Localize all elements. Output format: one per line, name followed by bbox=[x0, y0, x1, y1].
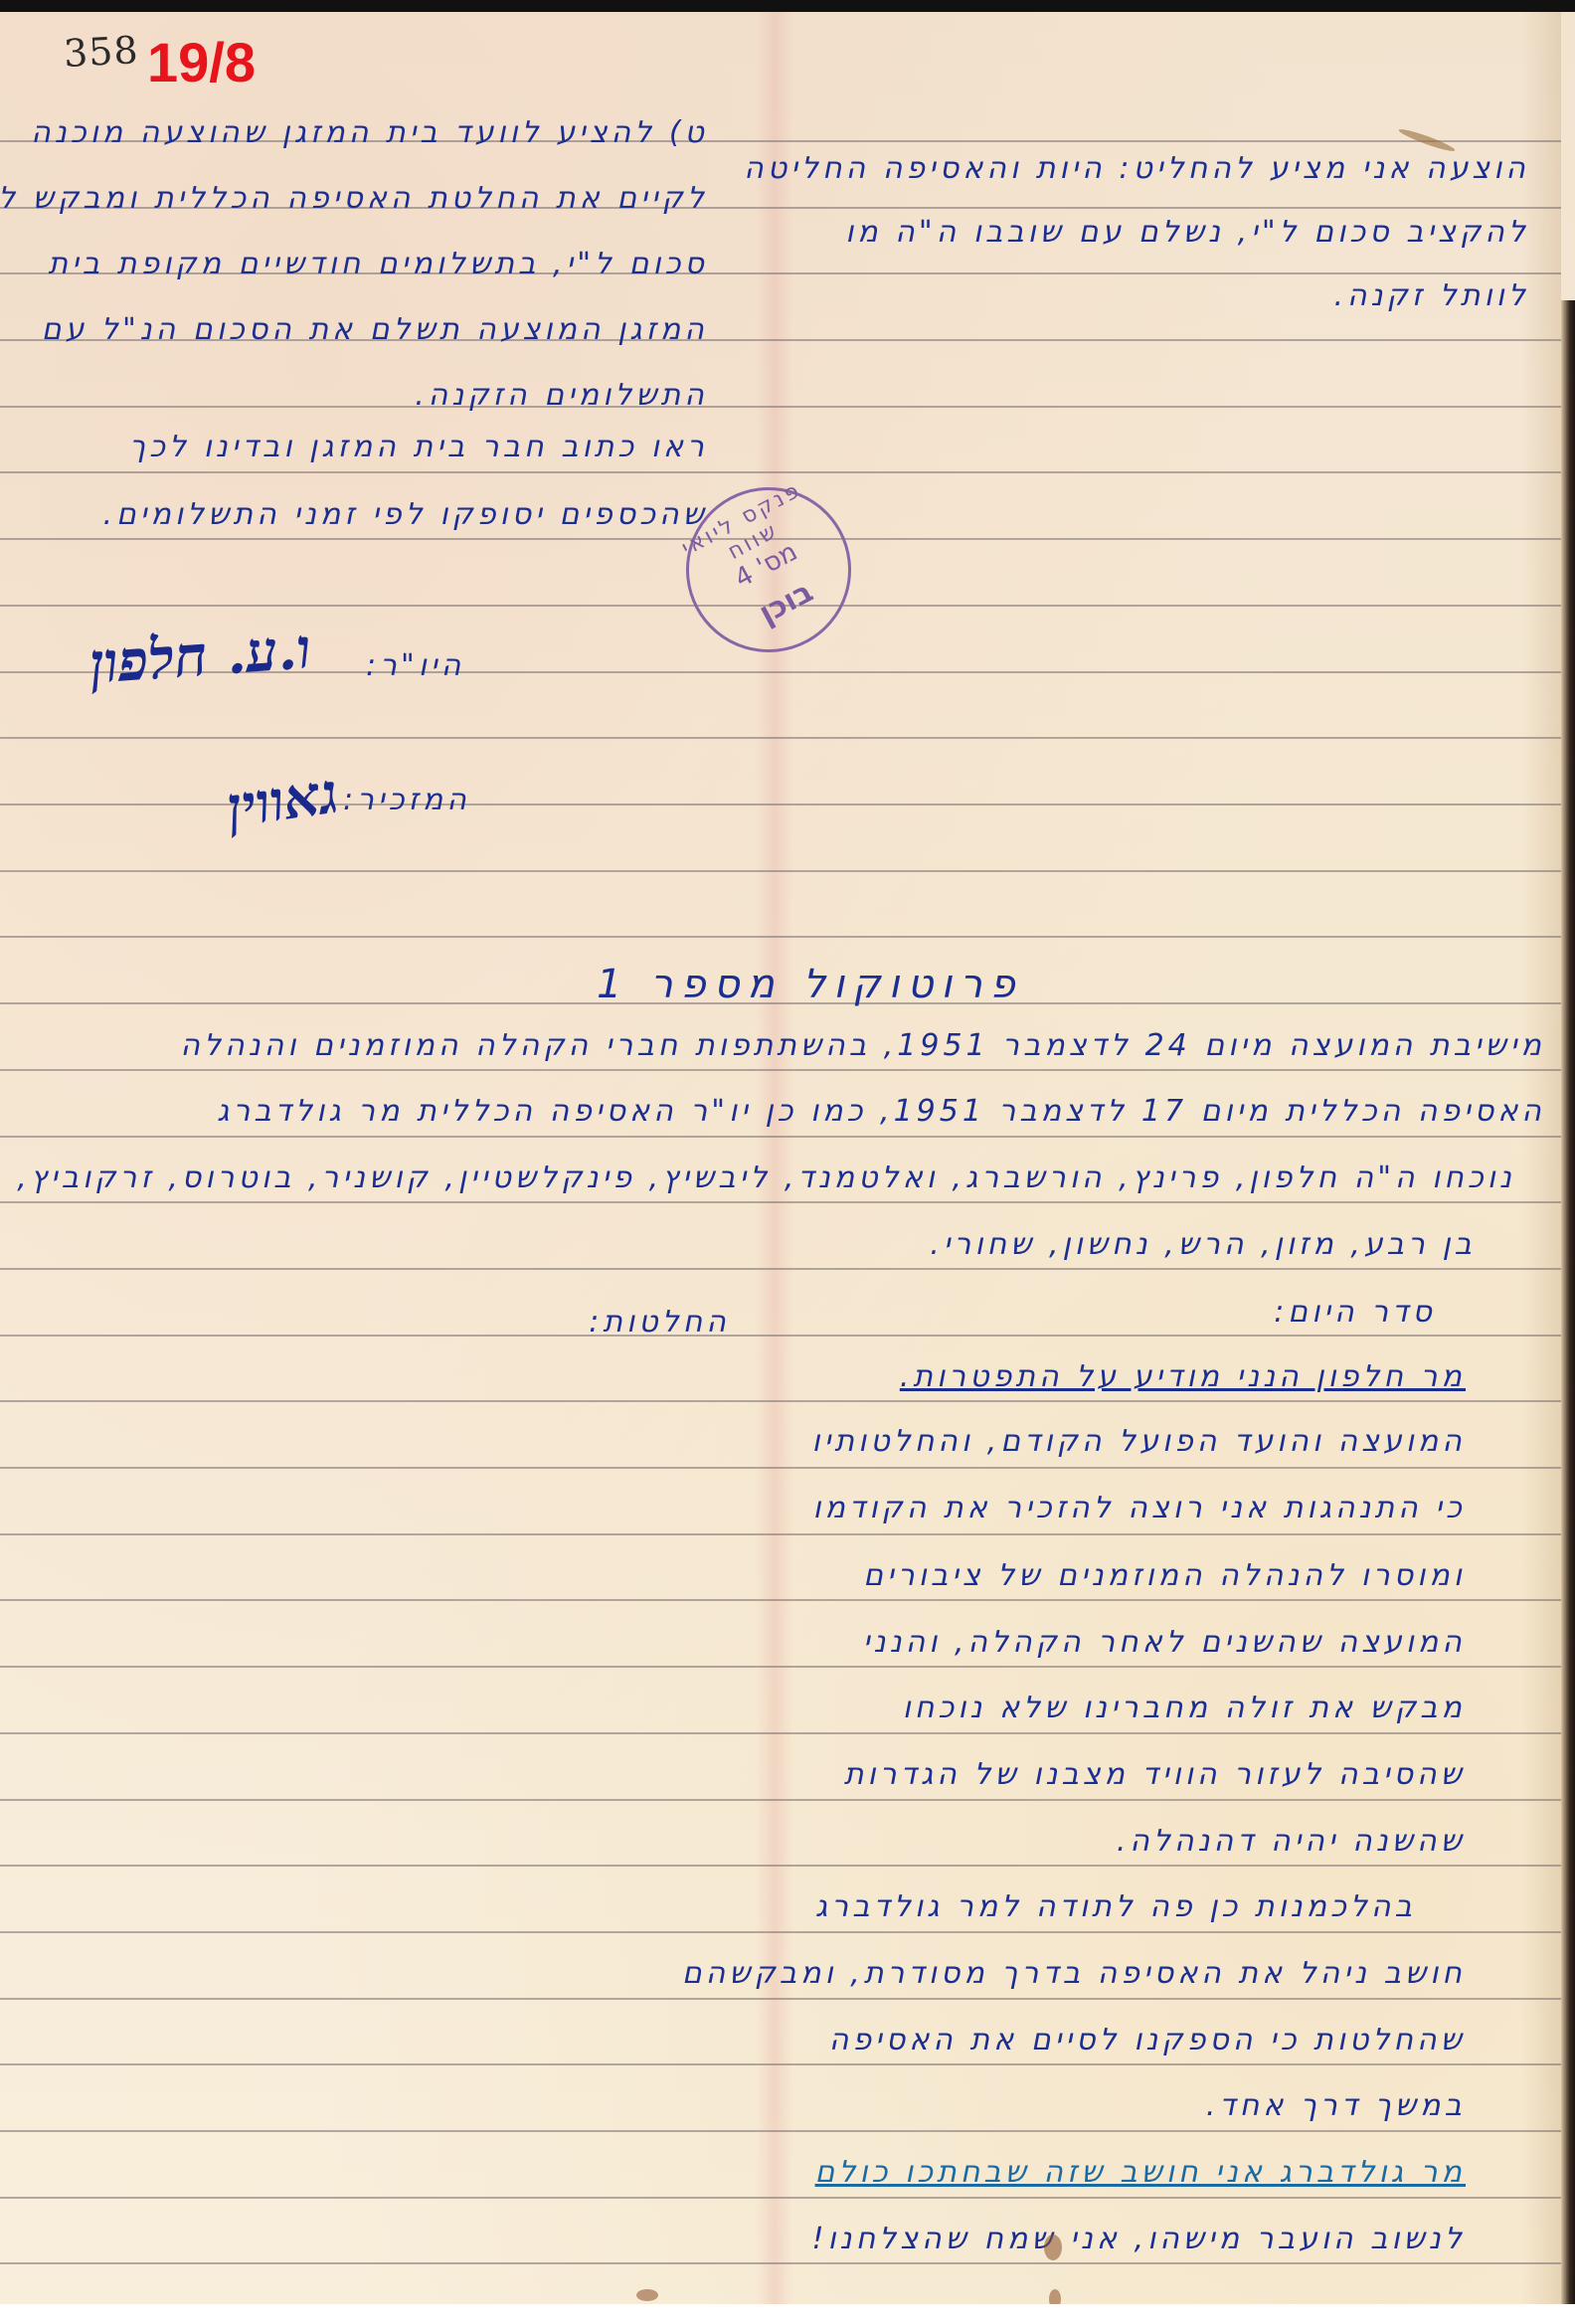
ruled-line bbox=[0, 1931, 1561, 1933]
ruled-line bbox=[0, 1998, 1561, 2000]
discussion-line-11: שהחלטות כי הספקנו לסיים את האסיפה bbox=[829, 2023, 1466, 2057]
decisions-label: החלטות: bbox=[589, 1305, 730, 1340]
page-edge-shadow bbox=[1521, 12, 1561, 2304]
ruled-line bbox=[0, 737, 1561, 739]
protocol-intro-line-4: בן רבע, מזון, הרש, נחשון, שחורי. bbox=[930, 1227, 1476, 1262]
discussion-line-1: מר חלפון הנני מודיע על התפטרות. bbox=[900, 1359, 1466, 1394]
left-col-line-5: התשלומים הזקנה. bbox=[415, 378, 708, 413]
secretary-label: המזכיר: bbox=[343, 783, 470, 817]
protocol-title: פרוטוקול מספר 1 bbox=[597, 962, 1023, 1007]
ruled-line bbox=[0, 1533, 1561, 1535]
ruled-line bbox=[0, 2197, 1561, 2199]
discussion-line-8: שהשנה יהיה דהנהלה. bbox=[1117, 1824, 1466, 1859]
binding-edge bbox=[1561, 300, 1575, 2304]
protocol-intro-line-2: האסיפה הכללית מיום 17 לדצמבר 1951, כמו כ… bbox=[217, 1094, 1545, 1129]
ruled-line bbox=[0, 1865, 1561, 1867]
protocol-intro-line-3: נוכחו ה"ה חלפון, פרינץ, הורשברג, ואלטמנד… bbox=[17, 1161, 1515, 1195]
ink-stamp: פנקס ליואי שווח מס' 4 בוכן bbox=[657, 458, 881, 682]
left-col-line-7: שהכספים יסופקו לפי זמני התשלומים. bbox=[102, 497, 708, 532]
paper-stain bbox=[1044, 2235, 1062, 2260]
left-col-line-3: סכום ל"י, בתשלומים חודשיים מקופת בית bbox=[48, 247, 708, 281]
ruled-line bbox=[0, 406, 1561, 408]
left-col-line-2: לקיים את החלטת האסיפה הכללית ומבקש להקצי… bbox=[0, 181, 708, 216]
agenda-label: סדר היום: bbox=[1274, 1295, 1436, 1330]
ruled-line bbox=[0, 2262, 1561, 2264]
folio-label: 19/8 bbox=[147, 30, 256, 94]
left-col-line-4: המזגן המוצעה תשלם את הסכום הנ"ל עם bbox=[42, 312, 708, 347]
ruled-line bbox=[0, 471, 1561, 473]
right-col-line-1: הוצעה אני מציע להחליט: היות והאסיפה החלי… bbox=[744, 151, 1529, 186]
left-col-line-6: ראו כתוב חבר בית המזגן ובדינו לכך bbox=[129, 430, 708, 464]
ruled-line bbox=[0, 2130, 1561, 2132]
ruled-line bbox=[0, 1400, 1561, 1402]
right-col-line-2: להקציב סכום ל"י, נשלם עם שובבו ה"ה מו bbox=[845, 215, 1529, 250]
ruled-line bbox=[0, 1069, 1561, 1071]
discussion-line-10: חושב ניהל את האסיפה בדרך מסודרת, ומבקשהם bbox=[682, 1956, 1466, 1991]
ruled-line bbox=[0, 936, 1561, 938]
ruled-line bbox=[0, 2063, 1561, 2065]
paper-stain bbox=[636, 2289, 658, 2301]
discussion-line-9: בהלכמנות כן פה לתודה למר גולדברג bbox=[815, 1889, 1416, 1924]
scan-top-edge bbox=[0, 0, 1575, 12]
ruled-line bbox=[0, 1268, 1561, 1270]
paper-stain bbox=[1049, 2289, 1061, 2304]
ruled-line bbox=[0, 1599, 1561, 1601]
discussion-line-6: מבקש את זולה מחברינו שלא נוכחו bbox=[903, 1691, 1466, 1725]
ruled-line bbox=[0, 1201, 1561, 1203]
discussion-line-12: במשך דרך אחד. bbox=[1206, 2088, 1466, 2123]
chair-signature: ו.ע. חלפון bbox=[87, 616, 313, 696]
discussion-line-14: לנשוב הועבר מישהו, אני שמח שהצלחנו! bbox=[811, 2222, 1466, 2256]
ruled-line bbox=[0, 1799, 1561, 1801]
ruled-line bbox=[0, 1335, 1561, 1337]
ruled-line bbox=[0, 870, 1561, 872]
discussion-line-13: מר גולדברג אני חושב שזה שבחתכו כולם bbox=[815, 2155, 1466, 2190]
ruled-line bbox=[0, 1136, 1561, 1138]
page-number: 358 bbox=[63, 28, 140, 76]
protocol-intro-line-1: מישיבת המועצה מיום 24 לדצמבר 1951, בהשתת… bbox=[181, 1028, 1546, 1063]
notebook-page: 358 19/8 הוצעה אני מציע להחליט: היות והא… bbox=[0, 12, 1575, 2304]
discussion-line-7: שהסיבה לעזור הוויד מצבנו של הגדרות bbox=[844, 1757, 1466, 1792]
secretary-signature: גאווין bbox=[223, 761, 342, 841]
discussion-line-5: המועצה שהשנים לאחר הקהלה, והנני bbox=[863, 1625, 1466, 1660]
ruled-line bbox=[0, 1467, 1561, 1469]
right-col-line-3: לוותל זקנה. bbox=[1333, 278, 1529, 313]
discussion-line-4: ומוסרו להנהלה המוזמנים של ציבורים bbox=[863, 1558, 1466, 1593]
ruled-line bbox=[0, 1732, 1561, 1734]
discussion-line-3: כי התנהגות אני רוצה להזכיר את הקודמו bbox=[812, 1491, 1466, 1525]
discussion-line-2: המועצה והועד הפועל הקודם, והחלטותיו bbox=[812, 1424, 1466, 1459]
ruled-line bbox=[0, 1666, 1561, 1668]
left-col-line-1: ט) להציע לוועד בית המזגן שהוצעה מוכנה bbox=[31, 115, 708, 150]
chair-label: היו"ר: bbox=[366, 648, 464, 683]
